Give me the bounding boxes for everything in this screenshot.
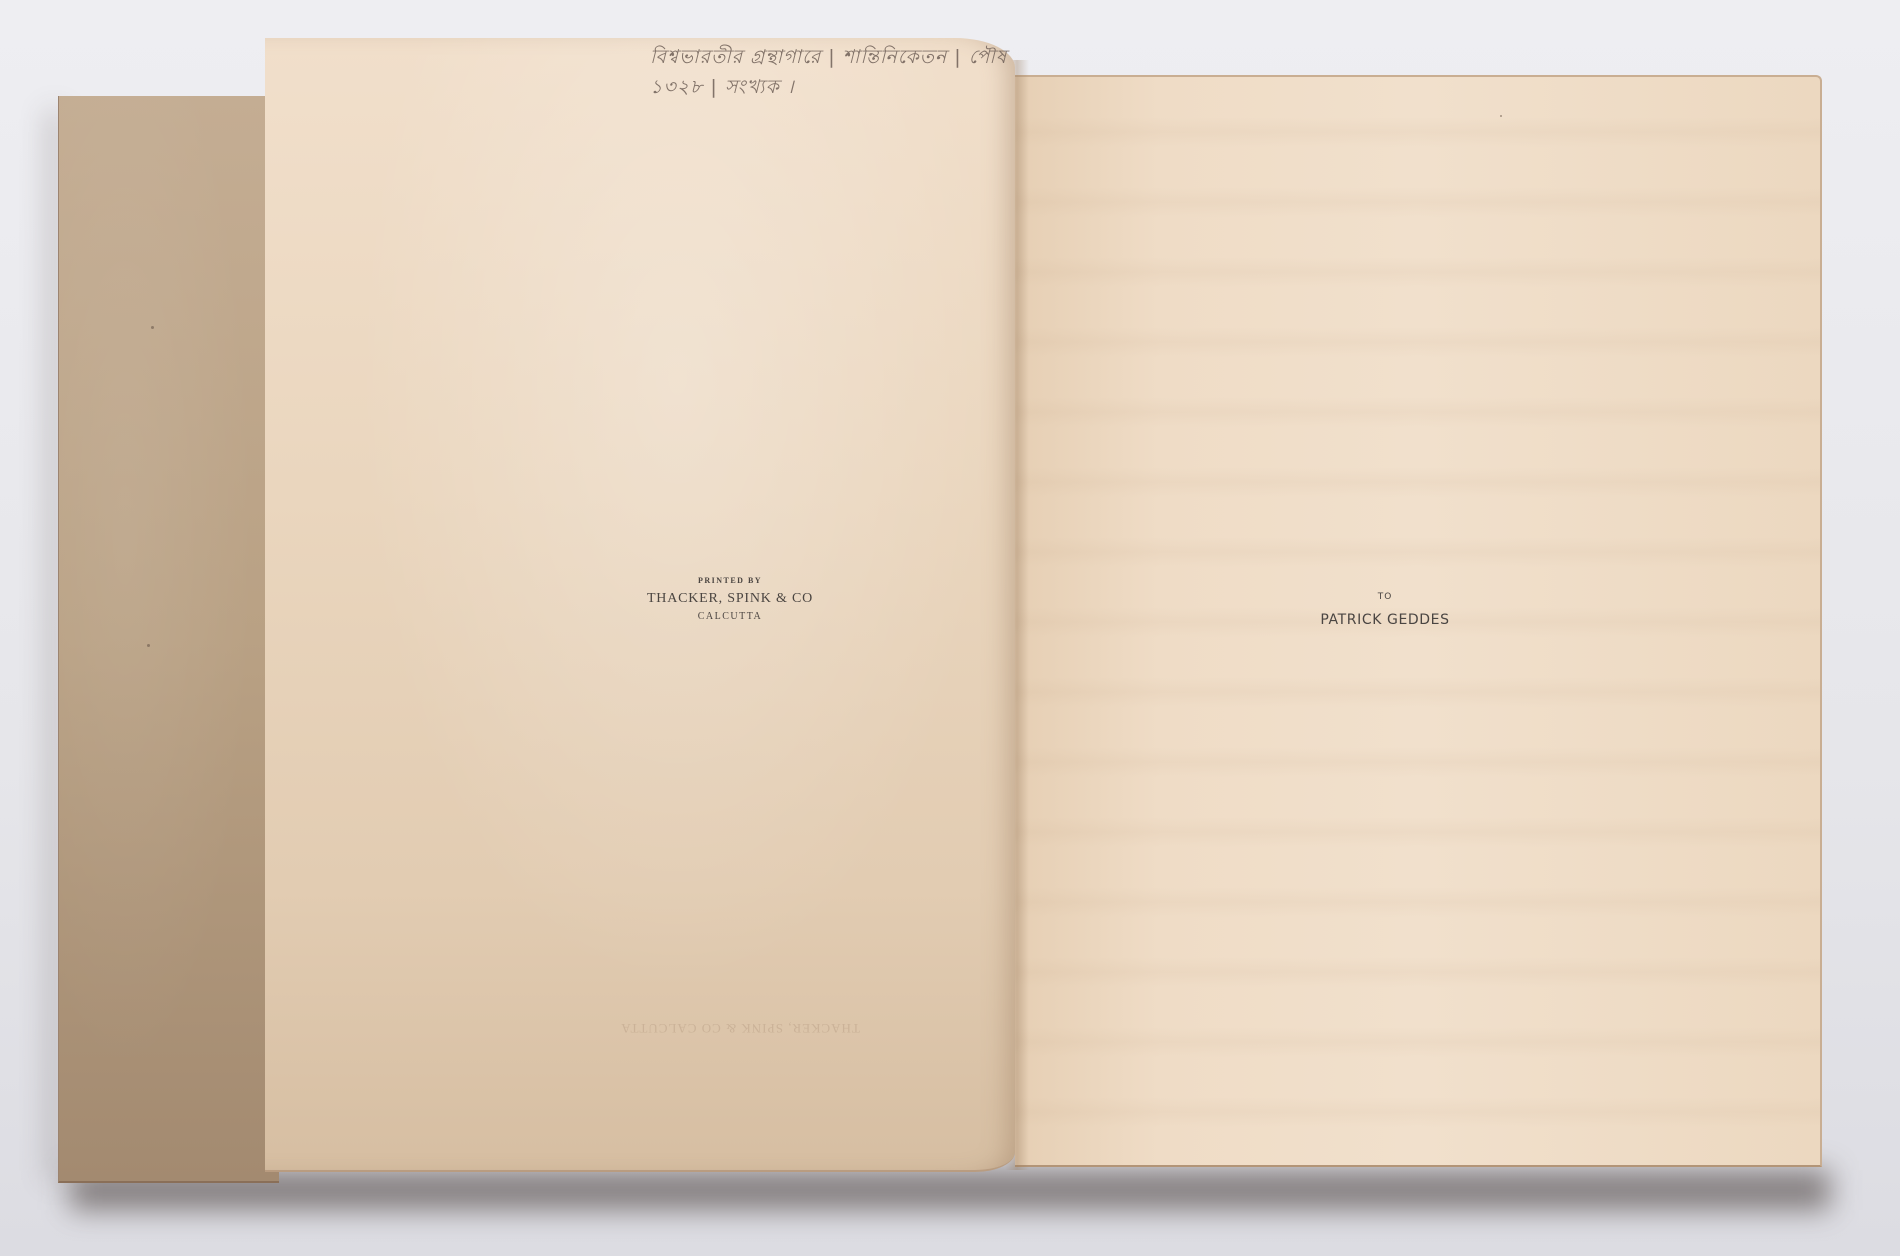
show-through-text: THACKER, SPINK & CO CALCUTTA <box>600 1020 880 1036</box>
book-shadow-bottom <box>70 1170 1830 1210</box>
imprint-printer: THACKER, SPINK & CO <box>600 591 860 607</box>
dedication: TO PATRICK GEDDES <box>1270 592 1500 628</box>
handwritten-line-2: ১৩২৮ | সংখ্যক । <box>650 72 990 102</box>
dedication-name: PATRICK GEDDES <box>1270 612 1500 628</box>
handwritten-line-1: বিশ্বভারতীর গ্রন্থাগারে | শান্তিনিকেতন |… <box>650 42 990 72</box>
cover-speck <box>151 326 154 329</box>
cover-speck <box>147 644 150 647</box>
page-speck <box>1500 115 1502 117</box>
printer-imprint: PRINTED BY THACKER, SPINK & CO CALCUTTA <box>600 576 860 622</box>
imprint-label: PRINTED BY <box>600 576 860 585</box>
handwritten-note: বিশ্বভারতীর গ্রন্থাগারে | শান্তিনিকেতন |… <box>650 42 990 102</box>
dedication-to: TO <box>1270 592 1500 602</box>
back-cover <box>58 96 279 1183</box>
imprint-city: CALCUTTA <box>600 611 860 622</box>
